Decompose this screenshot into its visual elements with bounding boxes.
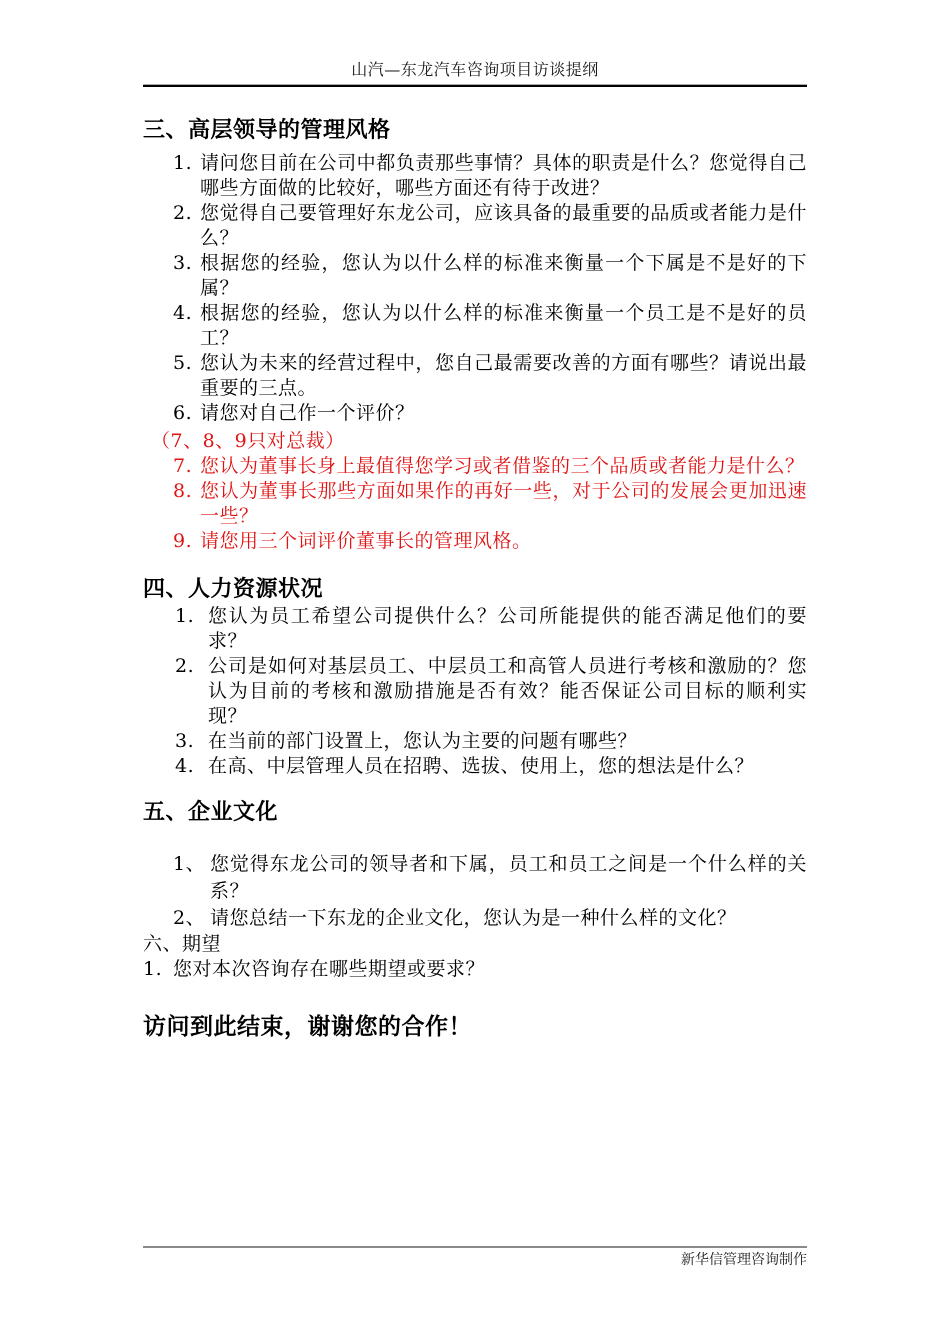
question-item: 9. 请您用三个词评价董事长的管理风格。	[143, 529, 807, 554]
question-number: 2、	[173, 905, 210, 932]
section-4-question-list: 1. 您认为员工希望公司提供什么？公司所能提供的能否满足他们的要求？ 2. 公司…	[143, 604, 807, 779]
question-number: 4.	[175, 754, 208, 779]
question-number: 3.	[175, 729, 208, 754]
question-item: 1. 请问您目前在公司中都负责那些事情？具体的职责是什么？您觉得自己哪些方面做的…	[143, 151, 807, 201]
question-number: 8.	[173, 479, 200, 529]
question-item: 2. 您觉得自己要管理好东龙公司，应该具备的最重要的品质或者能力是什么？	[143, 201, 807, 251]
question-number: 1、	[173, 851, 210, 905]
question-text: 您认为董事长那些方面如果作的再好一些，对于公司的发展会更加迅速一些？	[200, 479, 807, 529]
question-text: 您认为董事长身上最值得您学习或者借鉴的三个品质或者能力是什么？	[200, 454, 807, 479]
question-item: 6. 请您对自己作一个评价？	[143, 401, 807, 426]
section-3-red-question-list: 7. 您认为董事长身上最值得您学习或者借鉴的三个品质或者能力是什么？ 8. 您认…	[143, 454, 807, 554]
section-3-question-list: 1. 请问您目前在公司中都负责那些事情？具体的职责是什么？您觉得自己哪些方面做的…	[143, 151, 807, 426]
question-number: 1.	[173, 151, 200, 201]
header-title: 山汽—东龙汽车咨询项目访谈提纲	[143, 59, 807, 81]
question-item: 4. 根据您的经验，您认为以什么样的标准来衡量一个员工是不是好的员工？	[143, 301, 807, 351]
question-item: 2、 请您总结一下东龙的企业文化，您认为是一种什么样的文化？	[143, 905, 807, 932]
question-number: 4.	[173, 301, 200, 351]
question-text: 您认为员工希望公司提供什么？公司所能提供的能否满足他们的要求？	[208, 604, 807, 654]
question-text: 根据您的经验，您认为以什么样的标准来衡量一个下属是不是好的下属？	[200, 251, 807, 301]
section-6-question-list: 1. 您对本次咨询存在哪些期望或要求？	[143, 957, 807, 982]
question-item: 7. 您认为董事长身上最值得您学习或者借鉴的三个品质或者能力是什么？	[143, 454, 807, 479]
question-item: 1、 您觉得东龙公司的领导者和下属，员工和员工之间是一个什么样的关系？	[143, 851, 807, 905]
section-6-heading: 六、期望	[143, 932, 807, 957]
question-number: 2.	[175, 654, 208, 729]
question-item: 8. 您认为董事长那些方面如果作的再好一些，对于公司的发展会更加迅速一些？	[143, 479, 807, 529]
question-text: 您对本次咨询存在哪些期望或要求？	[173, 957, 807, 982]
document-footer: 新华信管理咨询制作	[143, 1246, 807, 1270]
question-item: 1. 您对本次咨询存在哪些期望或要求？	[143, 957, 807, 982]
question-item: 5. 您认为未来的经营过程中，您自己最需要改善的方面有哪些？请说出最重要的三点。	[143, 351, 807, 401]
question-item: 1. 您认为员工希望公司提供什么？公司所能提供的能否满足他们的要求？	[143, 604, 807, 654]
question-number: 6.	[173, 401, 200, 426]
question-number: 7.	[173, 454, 200, 479]
question-number: 1.	[175, 604, 208, 654]
question-text: 在高、中层管理人员在招聘、选拔、使用上，您的想法是什么？	[208, 754, 807, 779]
question-text: 请您对自己作一个评价？	[200, 401, 807, 426]
section-3-heading: 三、高层领导的管理风格	[143, 117, 807, 143]
question-text: 根据您的经验，您认为以什么样的标准来衡量一个员工是不是好的员工？	[200, 301, 807, 351]
question-text: 您觉得自己要管理好东龙公司，应该具备的最重要的品质或者能力是什么？	[200, 201, 807, 251]
question-item: 3. 在当前的部门设置上，您认为主要的问题有哪些？	[143, 729, 807, 754]
footer-credit: 新华信管理咨询制作	[143, 1250, 807, 1270]
section-4-heading: 四、人力资源状况	[143, 576, 807, 602]
document-page: 山汽—东龙汽车咨询项目访谈提纲 三、高层领导的管理风格 1. 请问您目前在公司中…	[143, 0, 807, 1042]
document-header: 山汽—东龙汽车咨询项目访谈提纲	[143, 0, 807, 87]
section-5-question-list: 1、 您觉得东龙公司的领导者和下属，员工和员工之间是一个什么样的关系？ 2、 请…	[143, 851, 807, 932]
question-text: 请问您目前在公司中都负责那些事情？具体的职责是什么？您觉得自己哪些方面做的比较好…	[200, 151, 807, 201]
section-5-heading: 五、企业文化	[143, 799, 807, 825]
chairman-only-note: （7、8、9只对总裁）	[143, 429, 807, 454]
question-item: 3. 根据您的经验，您认为以什么样的标准来衡量一个下属是不是好的下属？	[143, 251, 807, 301]
question-number: 2.	[173, 201, 200, 251]
question-number: 3.	[173, 251, 200, 301]
question-text: 您认为未来的经营过程中，您自己最需要改善的方面有哪些？请说出最重要的三点。	[200, 351, 807, 401]
question-item: 4. 在高、中层管理人员在招聘、选拔、使用上，您的想法是什么？	[143, 754, 807, 779]
footer-rule	[143, 1246, 807, 1248]
header-rule	[143, 85, 807, 87]
closing-statement: 访问到此结束，谢谢您的合作！	[143, 1012, 807, 1042]
question-number: 5.	[173, 351, 200, 401]
question-text: 您觉得东龙公司的领导者和下属，员工和员工之间是一个什么样的关系？	[210, 851, 807, 905]
question-item: 2. 公司是如何对基层员工、中层员工和高管人员进行考核和激励的？您认为目前的考核…	[143, 654, 807, 729]
question-text: 请您总结一下东龙的企业文化，您认为是一种什么样的文化？	[210, 905, 807, 932]
question-text: 公司是如何对基层员工、中层员工和高管人员进行考核和激励的？您认为目前的考核和激励…	[208, 654, 807, 729]
question-number: 1.	[143, 957, 173, 982]
question-text: 请您用三个词评价董事长的管理风格。	[200, 529, 807, 554]
document-body: 三、高层领导的管理风格 1. 请问您目前在公司中都负责那些事情？具体的职责是什么…	[143, 117, 807, 1042]
question-text: 在当前的部门设置上，您认为主要的问题有哪些？	[208, 729, 807, 754]
question-number: 9.	[173, 529, 200, 554]
